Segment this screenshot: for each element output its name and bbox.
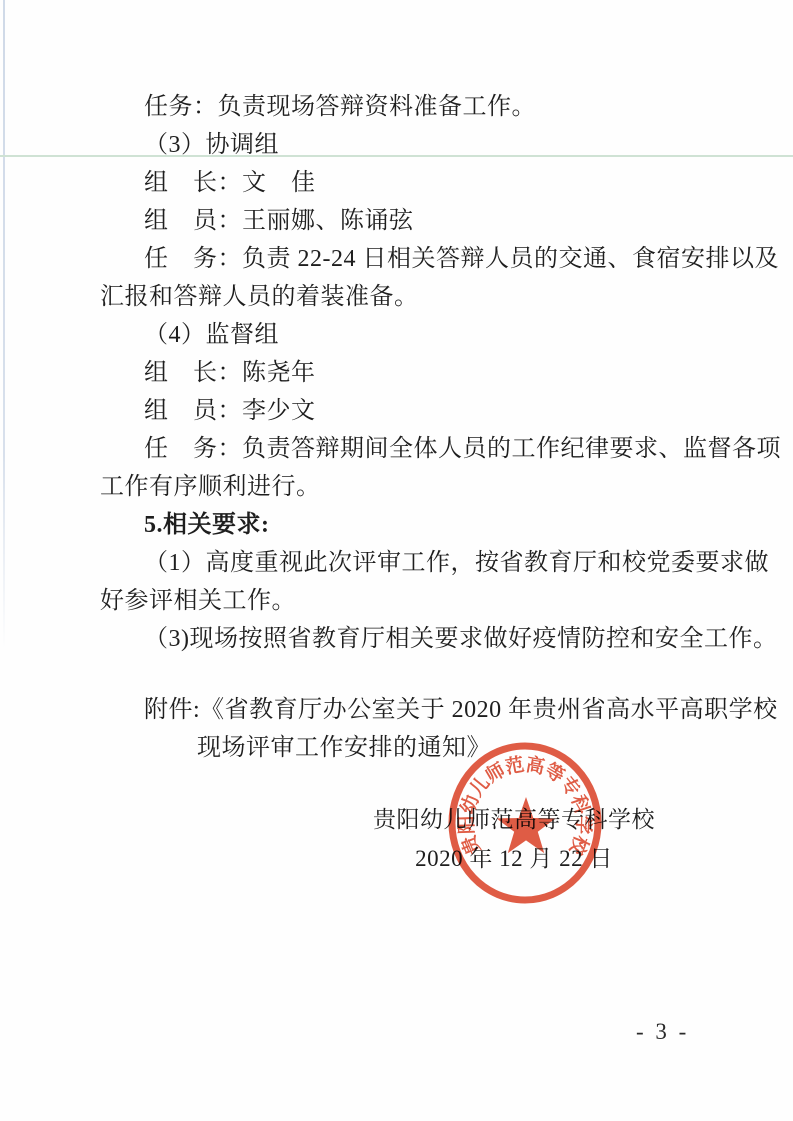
scan-artifact-left-line — [3, 0, 5, 650]
document-page: 任务：负责现场答辩资料准备工作。 （3）协调组 组 长：文 佳 组 员：王丽娜、… — [0, 0, 793, 1121]
body-line: 组 长：陈尧年 — [100, 354, 740, 392]
body-line: 组 员：王丽娜、陈诵弦 — [100, 202, 740, 240]
signature-block: 贵阳幼儿师范高等专科学校 2020 年 12 月 22 日 — [358, 800, 670, 878]
body-line: 组 员：李少文 — [100, 392, 740, 430]
attachment-block: 附件:《省教育厅办公室关于 2020 年贵州省高水平高职学校 现场评审工作安排的… — [100, 691, 740, 767]
body-line: 汇报和答辩人员的着装准备。 — [100, 278, 740, 316]
attachment-line-1: 附件:《省教育厅办公室关于 2020 年贵州省高水平高职学校 — [100, 691, 740, 729]
body-line: （1）高度重视此次评审工作，按省教育厅和校党委要求做 — [100, 544, 740, 582]
body-line: 任 务：负责答辩期间全体人员的工作纪律要求、监督各项 — [100, 430, 740, 468]
signature-date: 2020 年 12 月 22 日 — [358, 839, 670, 878]
body-line: 好参评相关工作。 — [100, 582, 740, 620]
body-line: 任 务：负责 22-24 日相关答辩人员的交通、食宿安排以及 — [100, 240, 740, 278]
body-line: （3）协调组 — [100, 126, 740, 164]
body-line: 工作有序顺利进行。 — [100, 468, 740, 506]
signature-organization: 贵阳幼儿师范高等专科学校 — [358, 800, 670, 839]
attachment-line-2: 现场评审工作安排的通知》 — [100, 729, 740, 767]
body-line: （3)现场按照省教育厅相关要求做好疫情防控和安全工作。 — [100, 620, 740, 658]
body-line: 组 长：文 佳 — [100, 164, 740, 202]
body-line: 5.相关要求: — [100, 506, 740, 544]
body-line: （4）监督组 — [100, 316, 740, 354]
page-number: - 3 - — [636, 1019, 689, 1045]
document-body: 任务：负责现场答辩资料准备工作。 （3）协调组 组 长：文 佳 组 员：王丽娜、… — [100, 88, 740, 658]
body-line: 任务：负责现场答辩资料准备工作。 — [100, 88, 740, 126]
